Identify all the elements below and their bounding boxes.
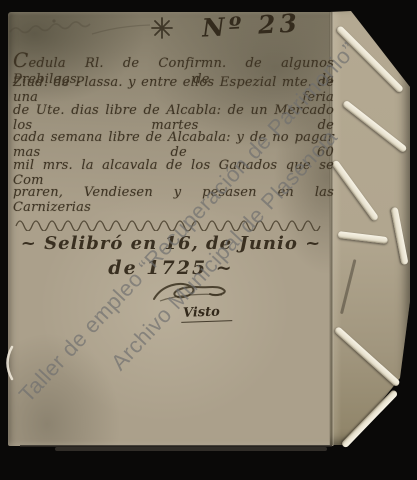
edge-highlight-icon [1, 345, 15, 381]
asterisk-ornament-icon [151, 17, 173, 39]
issue-year-line: de 1725 ~ [8, 257, 334, 279]
heading-line: Cedula Rl. de Confirmn. de algunos Prebi… [13, 48, 334, 75]
document-number: Nº 23 [201, 8, 301, 42]
manuscript-photo: Nº 23 Cedula Rl. de Confirmn. de algunos… [0, 0, 417, 480]
faded-inscription-scribble [8, 18, 158, 40]
bottom-edge-reflection [55, 447, 327, 451]
